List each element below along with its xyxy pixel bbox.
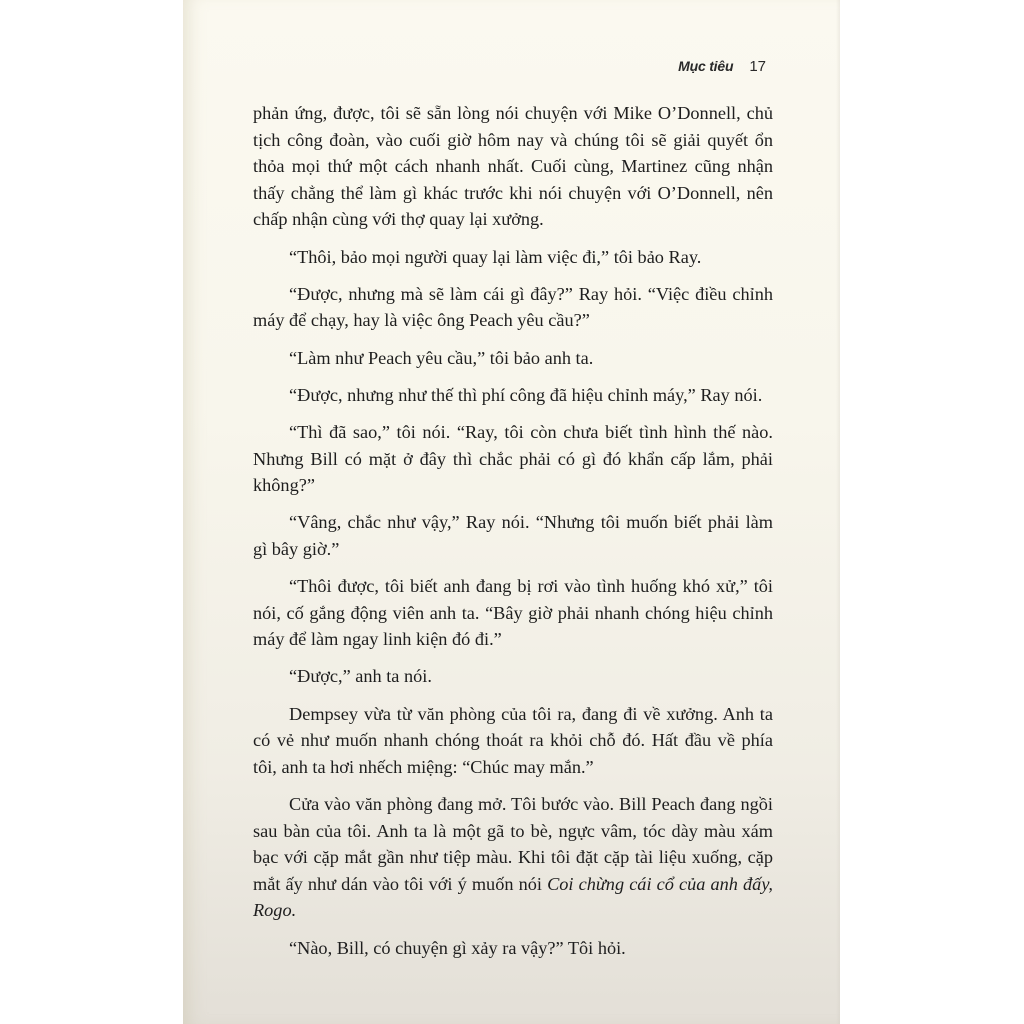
paragraph: “Nào, Bill, có chuyện gì xảy ra vậy?” Tô… [253, 935, 773, 962]
paragraph: “Thì đã sao,” tôi nói. “Ray, tôi còn chư… [253, 419, 773, 499]
body-text: phản ứng, được, tôi sẽ sẵn lòng nói chuy… [253, 100, 773, 972]
paragraph: Cửa vào văn phòng đang mở. Tôi bước vào.… [253, 791, 773, 924]
paragraph: “Được,” anh ta nói. [253, 663, 773, 690]
paragraph: “Làm như Peach yêu cầu,” tôi bảo anh ta. [253, 345, 773, 372]
paragraph: Dempsey vừa từ văn phòng của tôi ra, đan… [253, 701, 773, 781]
paragraph: “Thôi được, tôi biết anh đang bị rơi vào… [253, 573, 773, 653]
chapter-title: Mục tiêu [678, 58, 733, 74]
page-number: 17 [749, 58, 766, 75]
paragraph: “Được, nhưng mà sẽ làm cái gì đây?” Ray … [253, 281, 773, 334]
paragraph: “Vâng, chắc như vậy,” Ray nói. “Nhưng tô… [253, 509, 773, 562]
running-head: Mục tiêu 17 [678, 58, 766, 75]
paragraph: “Được, nhưng như thế thì phí công đã hiệ… [253, 382, 773, 409]
paragraph: phản ứng, được, tôi sẽ sẵn lòng nói chuy… [253, 100, 773, 233]
paragraph: “Thôi, bảo mọi người quay lại làm việc đ… [253, 244, 773, 271]
book-page: Mục tiêu 17 phản ứng, được, tôi sẽ sẵn l… [183, 0, 840, 1024]
